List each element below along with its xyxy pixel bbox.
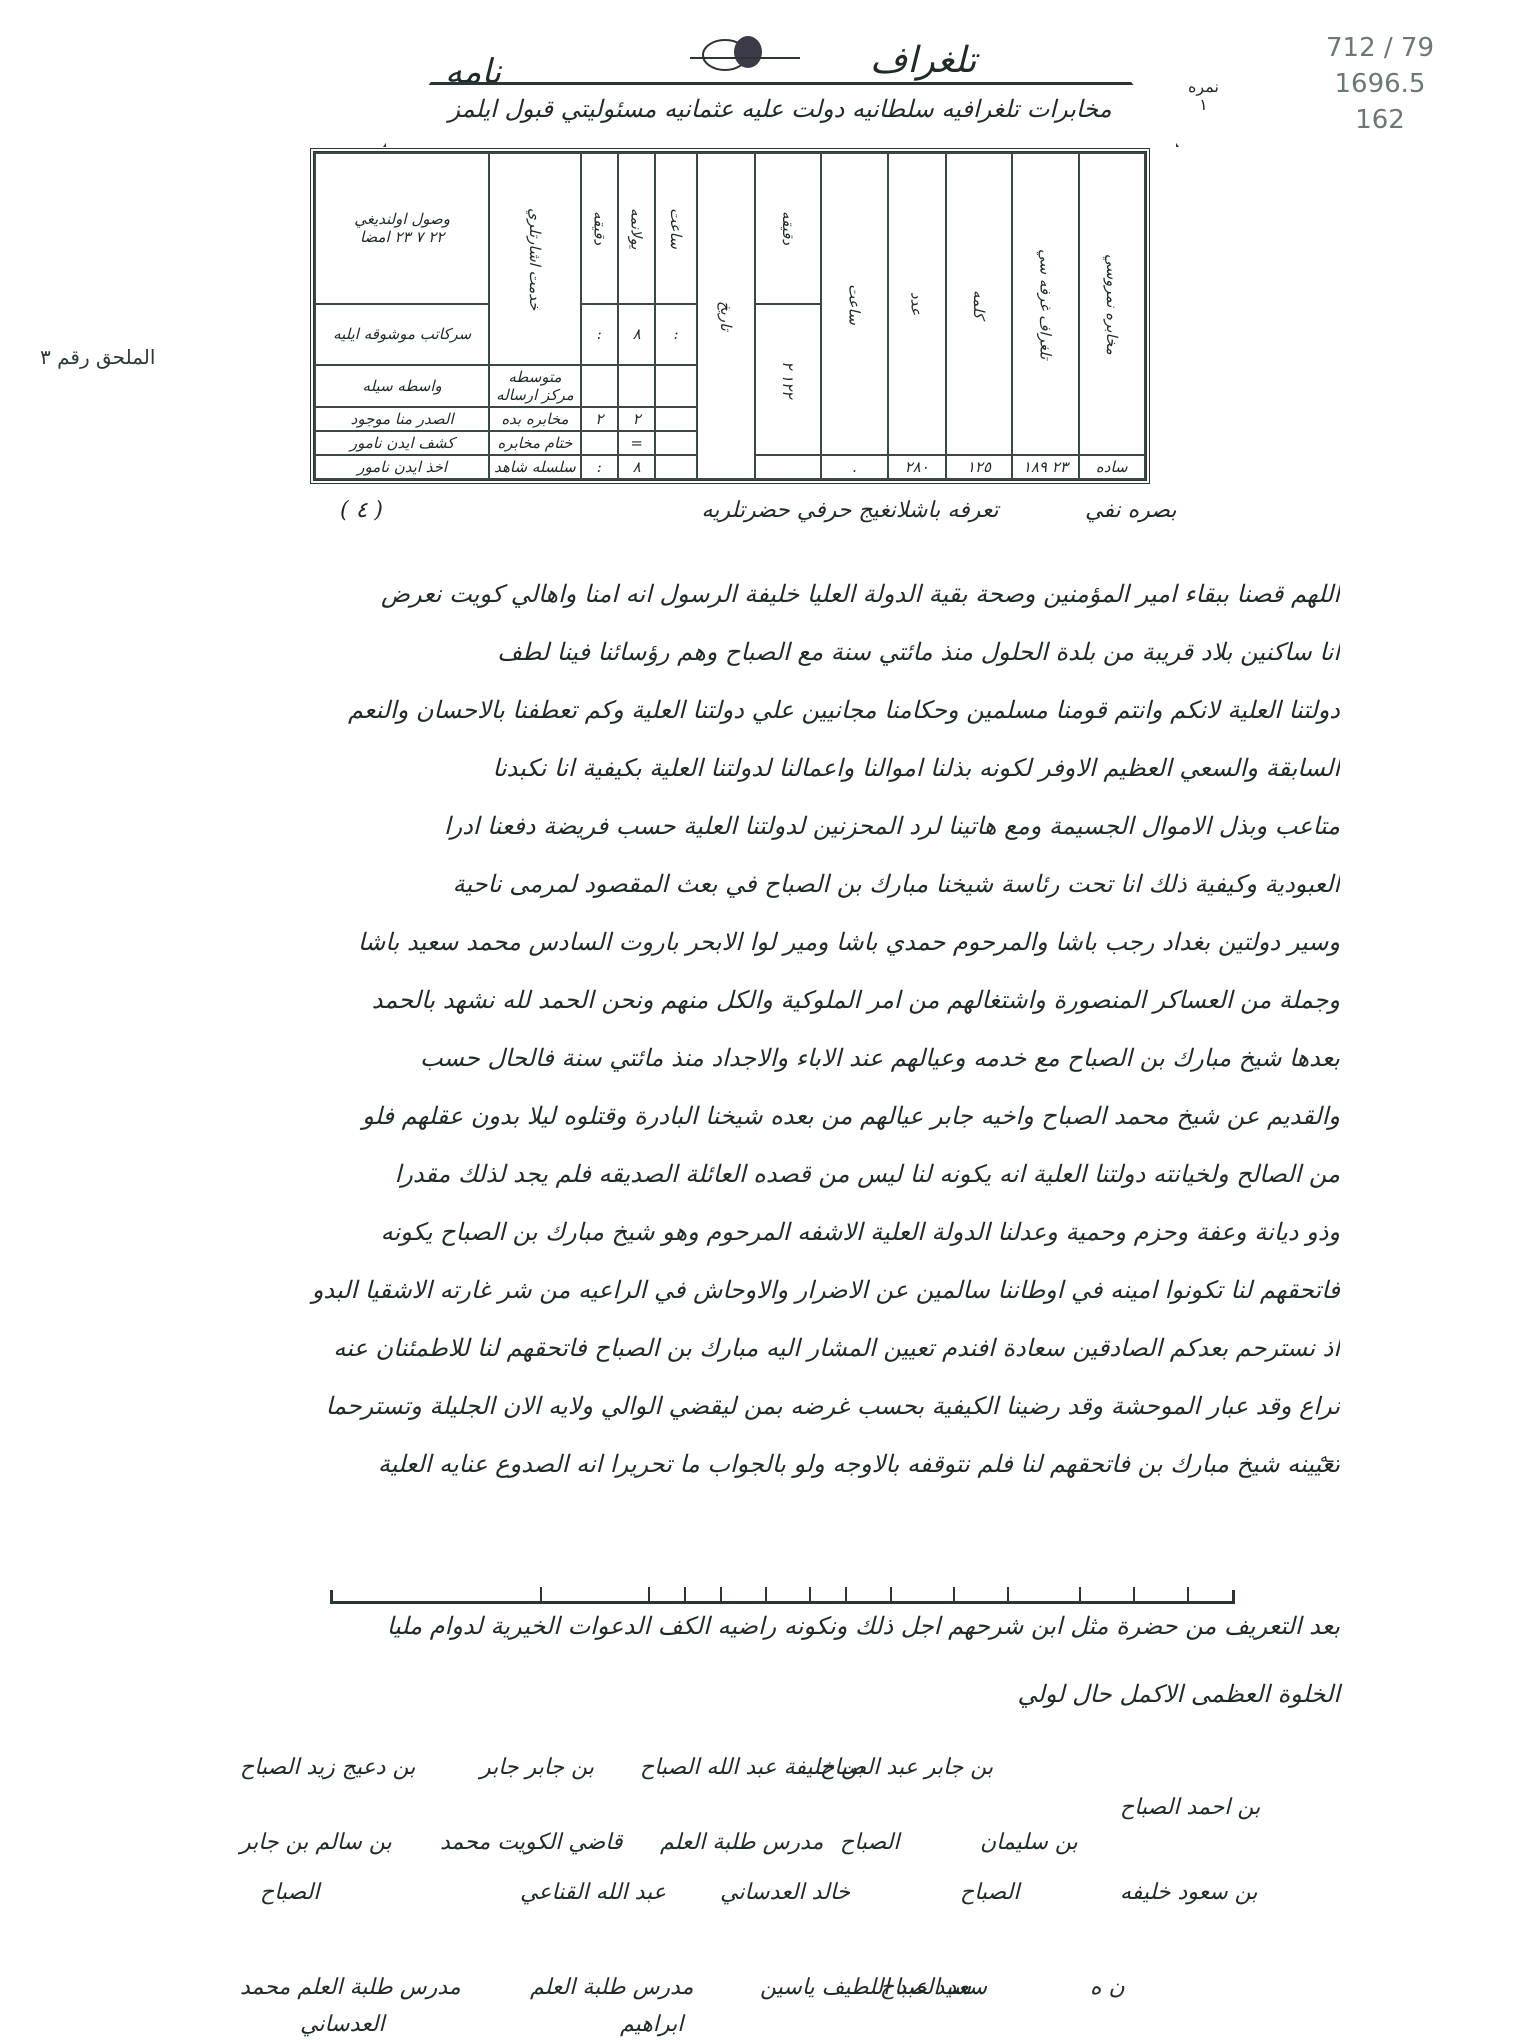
annex-label: الملحق رقم ٣ bbox=[40, 345, 155, 369]
ruler-tick bbox=[684, 1587, 686, 1601]
ruler-tick bbox=[890, 1587, 892, 1601]
body-line: وذو ديانة وعفة وحزم وحمية وعدلنا الدولة … bbox=[240, 1203, 1340, 1261]
telegram-form: وصول اولنديغي٢٢ ٧ ٢٣ امضا خدمت اشارتلري … bbox=[310, 148, 1150, 484]
cell-minute-value: : bbox=[581, 304, 618, 365]
body-line: والقديم عن شيخ محمد الصباح واخيه جابر عي… bbox=[240, 1087, 1340, 1145]
form-table: وصول اولنديغي٢٢ ٧ ٢٣ امضا خدمت اشارتلري … bbox=[314, 152, 1146, 480]
body-line: فاتحقهم لنا تكونوا امينه في اوطاننا سالم… bbox=[240, 1261, 1340, 1319]
row-label-2: سركاتب موشوقه ايليه bbox=[315, 304, 489, 365]
signature-name: بن جابر عبد الصباح bbox=[820, 1755, 993, 1780]
body-line: نراع وقد عبار الموحشة وقد رضينا الكيفية … bbox=[240, 1377, 1340, 1435]
col-header-office: تلغراف غرفه سي bbox=[1012, 153, 1078, 455]
signature-name: الصباح bbox=[260, 1880, 319, 1905]
signature-name: بن سالم بن جابر bbox=[240, 1830, 392, 1855]
empty-cell bbox=[618, 365, 655, 407]
empty-cell bbox=[655, 407, 697, 431]
body-line: تعيينه شيخ مبارك بن فاتحقهم لنا فلم نتوق… bbox=[240, 1435, 1340, 1493]
archive-mark-1: 712 / 79 bbox=[1280, 30, 1480, 66]
divider-ruler bbox=[330, 1590, 1235, 1604]
ruler-tick bbox=[765, 1587, 767, 1601]
service-notes-header: خدمت اشارتلري bbox=[489, 153, 580, 365]
ruler-tick bbox=[1007, 1587, 1009, 1601]
signature-name: مدرس طلبة العلم bbox=[660, 1830, 823, 1855]
signature-name: ن ه bbox=[1090, 1975, 1125, 2000]
ruler-tick bbox=[953, 1587, 955, 1601]
body-line: وسير دولتين بغداد رجب باشا والمرحوم حمدي… bbox=[240, 913, 1340, 971]
ruler-tick bbox=[1187, 1587, 1189, 1601]
empty-cell bbox=[655, 455, 697, 479]
row-label-4: الصدر منا موجود bbox=[315, 407, 489, 431]
archive-reference: 712 / 79 1696.5 162 bbox=[1280, 30, 1480, 138]
empty-cell: ٢ bbox=[581, 407, 618, 431]
cell-minute-2-value: ١٢٢ ٢ bbox=[755, 304, 821, 455]
body-line: اللهم قصنا ببقاء امير المؤمنين وصحة بقية… bbox=[240, 565, 1340, 623]
body-line: بعدها شيخ مبارك بن الصباح مع خدمه وعياله… bbox=[240, 1029, 1340, 1087]
cell-office-value: ٢٣ ١٨٩ bbox=[1012, 455, 1078, 479]
body-line: وجملة من العساكر المنصورة واشتغالهم من ا… bbox=[240, 971, 1340, 1029]
form-footer-page: ( ٤ ) bbox=[340, 498, 383, 523]
form-footer-note: تعرفه باشلانغيج حرفي حضرتلريه bbox=[600, 498, 1100, 523]
row-label-3: واسطه سيله bbox=[315, 365, 489, 407]
row-label-6: اخذ ايدن نامور bbox=[315, 455, 489, 479]
signature-name: عبد الله القناعي bbox=[520, 1880, 666, 1905]
number-label-text: نمره bbox=[1188, 78, 1219, 96]
empty-cell: = bbox=[618, 431, 655, 455]
body-line: متاعب وبذل الاموال الجسيمة ومع هاتينا لر… bbox=[240, 797, 1340, 855]
ruler-tick bbox=[648, 1587, 650, 1601]
row-value-3: متوسطه مركز ارساله bbox=[489, 365, 580, 407]
cell-count-value: ٢٨٠ bbox=[888, 455, 946, 479]
empty-cell bbox=[581, 431, 618, 455]
tughra-emblem bbox=[690, 30, 800, 80]
body-line: انا ساكنين بلاد قريبة من بلدة الحلول منذ… bbox=[240, 623, 1340, 681]
signature-name: مدرس طلبة العلم bbox=[530, 1975, 693, 2000]
row-value-6: سلسله شاهد bbox=[489, 455, 580, 479]
empty-cell bbox=[655, 431, 697, 455]
signature-name: ابراهيم bbox=[620, 2012, 683, 2037]
col-header-hour: ساعت bbox=[655, 153, 697, 304]
form-footer-origin: بصره نفي bbox=[1085, 498, 1176, 523]
signature-name: خالد العدساني bbox=[720, 1880, 850, 1905]
empty-cell: ٢ bbox=[618, 407, 655, 431]
body-line: العبودية وكيفية ذلك انا تحت رئاسة شيخنا … bbox=[240, 855, 1340, 913]
closing-line-2: الخلوة العظمى الاكمل حال لولي bbox=[240, 1680, 1340, 1708]
cell-words-value: ١٢٥ bbox=[946, 455, 1012, 479]
cell-origin-value: ساده bbox=[1079, 455, 1145, 479]
cell-minute2-last bbox=[755, 455, 821, 479]
ruler-tick bbox=[1133, 1587, 1135, 1601]
telegram-body: اللهم قصنا ببقاء امير المؤمنين وصحة بقية… bbox=[240, 565, 1340, 1493]
archive-mark-3: 162 bbox=[1280, 102, 1480, 138]
archive-mark-2: 1696.5 bbox=[1280, 66, 1480, 102]
col-header-yolanma: يولانمه bbox=[618, 153, 655, 304]
end-mark: ـه bbox=[1320, 1447, 1333, 1466]
cell-yolanma-value: ٨ bbox=[618, 304, 655, 365]
body-line: السابقة والسعي العظيم الاوفر لكونه بذلنا… bbox=[240, 739, 1340, 797]
empty-cell bbox=[581, 365, 618, 407]
banner-title: مخابرات تلغرافيه سلطانيه دولت عليه عثمان… bbox=[430, 95, 1130, 123]
col-header-minute-2: دقيقه bbox=[755, 153, 821, 304]
signature-name: بن جابر جابر bbox=[480, 1755, 594, 1780]
col-header-origin: مخابره نمروسي bbox=[1079, 153, 1145, 455]
signature-name: العدساني bbox=[300, 2012, 385, 2037]
cell-clock-value: . bbox=[821, 455, 887, 479]
empty-cell: : bbox=[581, 455, 618, 479]
empty-cell: ٨ bbox=[618, 455, 655, 479]
col-header-words: كلمه bbox=[946, 153, 1012, 455]
row-label-1: وصول اولنديغي٢٢ ٧ ٢٣ امضا bbox=[315, 153, 489, 304]
body-line: دولتنا العلية لانكم وانتم قومنا مسلمين و… bbox=[240, 681, 1340, 739]
signature-name: بن سعود خليفه bbox=[1120, 1880, 1258, 1905]
closing-line-1: بعد التعريف من حضرة مثل ابن شرحهم اجل ذل… bbox=[240, 1612, 1340, 1640]
signature-name: بن احمد الصباح bbox=[1120, 1795, 1260, 1820]
signature-name: مدرس طلبة العلم محمد bbox=[240, 1975, 461, 2000]
body-line: اذ نسترحم بعدكم الصادقين سعادة افندم تعي… bbox=[240, 1319, 1340, 1377]
signature-name: بن دعيج زيد الصباح bbox=[240, 1755, 415, 1780]
number-label: نمره ١ bbox=[1188, 78, 1219, 114]
row-label-5: كشف ايدن نامور bbox=[315, 431, 489, 455]
ruler-tick bbox=[540, 1587, 542, 1601]
signature-name: سعد الصباح bbox=[880, 1975, 987, 2000]
col-header-count: عدد bbox=[888, 153, 946, 455]
signature-name: بن سليمان bbox=[980, 1830, 1078, 1855]
col-header-clock: ساعت bbox=[821, 153, 887, 455]
signature-name: الصباح bbox=[960, 1880, 1019, 1905]
body-line: من الصالح ولخيانته دولتنا العلية انه يكو… bbox=[240, 1145, 1340, 1203]
header-right-word: تلغراف bbox=[870, 40, 977, 81]
signature-name: الصباح bbox=[840, 1830, 899, 1855]
ruler-tick bbox=[1079, 1587, 1081, 1601]
ruler-tick bbox=[845, 1587, 847, 1601]
cell-hour-value: : bbox=[655, 304, 697, 365]
empty-cell bbox=[655, 365, 697, 407]
signature-name: قاضي الكويت محمد bbox=[440, 1830, 623, 1855]
ruler-tick bbox=[720, 1587, 722, 1601]
number-value: ١ bbox=[1188, 96, 1219, 114]
ruler-tick bbox=[809, 1587, 811, 1601]
row-value-4: مخابره بده bbox=[489, 407, 580, 431]
col-header-minute: دقيقه bbox=[581, 153, 618, 304]
col-date: تاريخ bbox=[697, 153, 755, 479]
row-value-5: ختام مخابره bbox=[489, 431, 580, 455]
